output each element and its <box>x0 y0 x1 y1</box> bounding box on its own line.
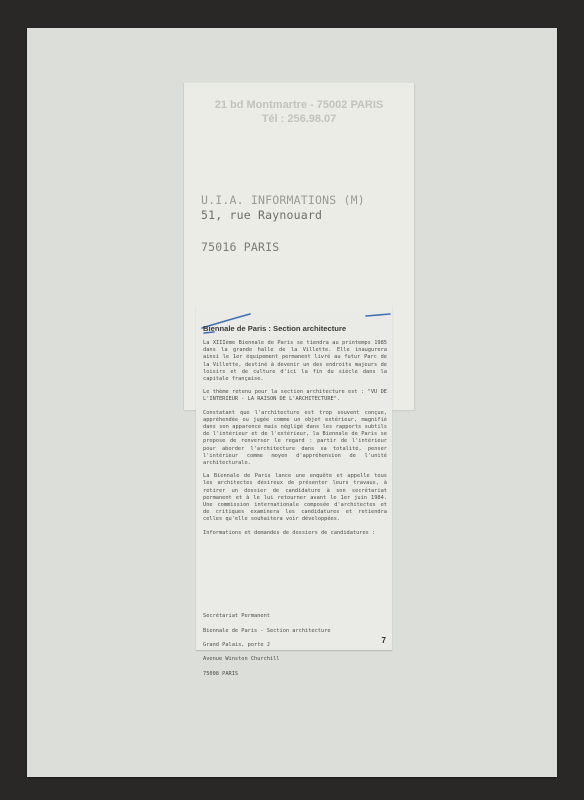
address-line: Biennale de Paris - Section architecture <box>203 628 331 635</box>
clipping-body: La XIIIème Biennale de Paris se tiendra … <box>203 340 387 543</box>
recipient-line-1: U.I.A. INFORMATIONS (M) <box>201 193 365 207</box>
address-line: Avenue Winston Churchill <box>203 656 331 663</box>
recipient-line-3: 75016 PARIS <box>201 240 279 254</box>
clipping-paragraph: Le thème retenu pour la section architec… <box>203 389 387 403</box>
clipping-paragraph: Constatant que l'architecture est trop s… <box>203 410 387 468</box>
page-number: 7 <box>382 636 386 645</box>
address-line: Grand Palais, porte J <box>203 642 331 649</box>
letterhead-tel: Tél : 256.98.07 <box>184 113 414 125</box>
clipping-paragraph: Informations et demandes de dossiers de … <box>203 530 387 537</box>
newspaper-clipping: Biennale de Paris : Section architecture… <box>196 305 392 650</box>
recipient-line-2: 51, rue Raynouard <box>201 208 322 222</box>
clipping-paragraph: La Biennale de Paris lance une enquête e… <box>203 473 387 523</box>
clipping-paragraph: La XIIIème Biennale de Paris se tiendra … <box>203 340 387 383</box>
letterhead-street: 21 bd Montmartre - 75002 PARIS <box>184 99 414 111</box>
clipping-address: Secrétariat Permanent Biennale de Paris … <box>203 606 331 685</box>
address-line: Secrétariat Permanent <box>203 613 331 620</box>
clipping-title: Biennale de Paris : Section architecture <box>203 324 346 333</box>
address-line: 75008 PARIS <box>203 671 331 678</box>
archive-page: 21 bd Montmartre - 75002 PARIS Tél : 256… <box>27 28 557 777</box>
